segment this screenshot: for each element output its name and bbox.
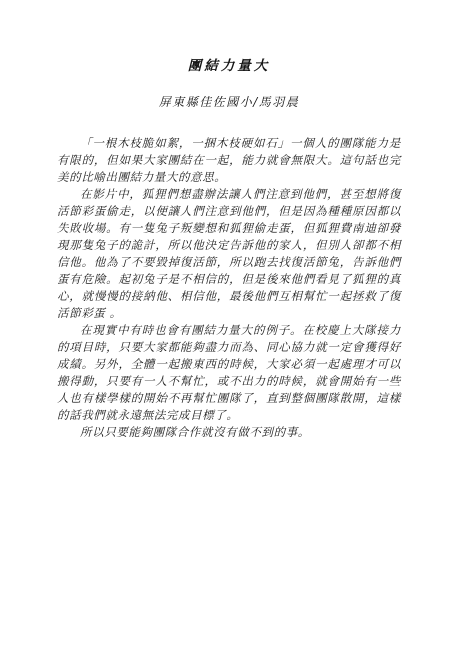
document-page: 團結力量大 屏東縣佳佐國小/馬羽晨 「一根木枝脆如絮，一捆木枝硬如石」一個人的團…	[0, 0, 458, 648]
essay-paragraph: 在現實中有時也會有團結力量大的例子。在校慶上大隊接力的項目時，只要大家都能夠盡力…	[57, 322, 401, 424]
document-title: 團結力量大	[57, 58, 401, 74]
essay-paragraph: 「一根木枝脆如絮，一捆木枝硬如石」一個人的團隊能力是有限的，但如果大家團結在一起…	[57, 135, 401, 186]
essay-body: 「一根木枝脆如絮，一捆木枝硬如石」一個人的團隊能力是有限的，但如果大家團結在一起…	[57, 135, 401, 441]
essay-paragraph: 所以只要能夠團隊合作就沒有做不到的事。	[57, 424, 401, 441]
essay-paragraph: 在影片中，狐狸們想盡辦法讓人們注意到他們，甚至想將復活節彩蛋偷走，以便讓人們注意…	[57, 186, 401, 322]
author-byline: 屏東縣佳佐國小/馬羽晨	[57, 93, 401, 110]
